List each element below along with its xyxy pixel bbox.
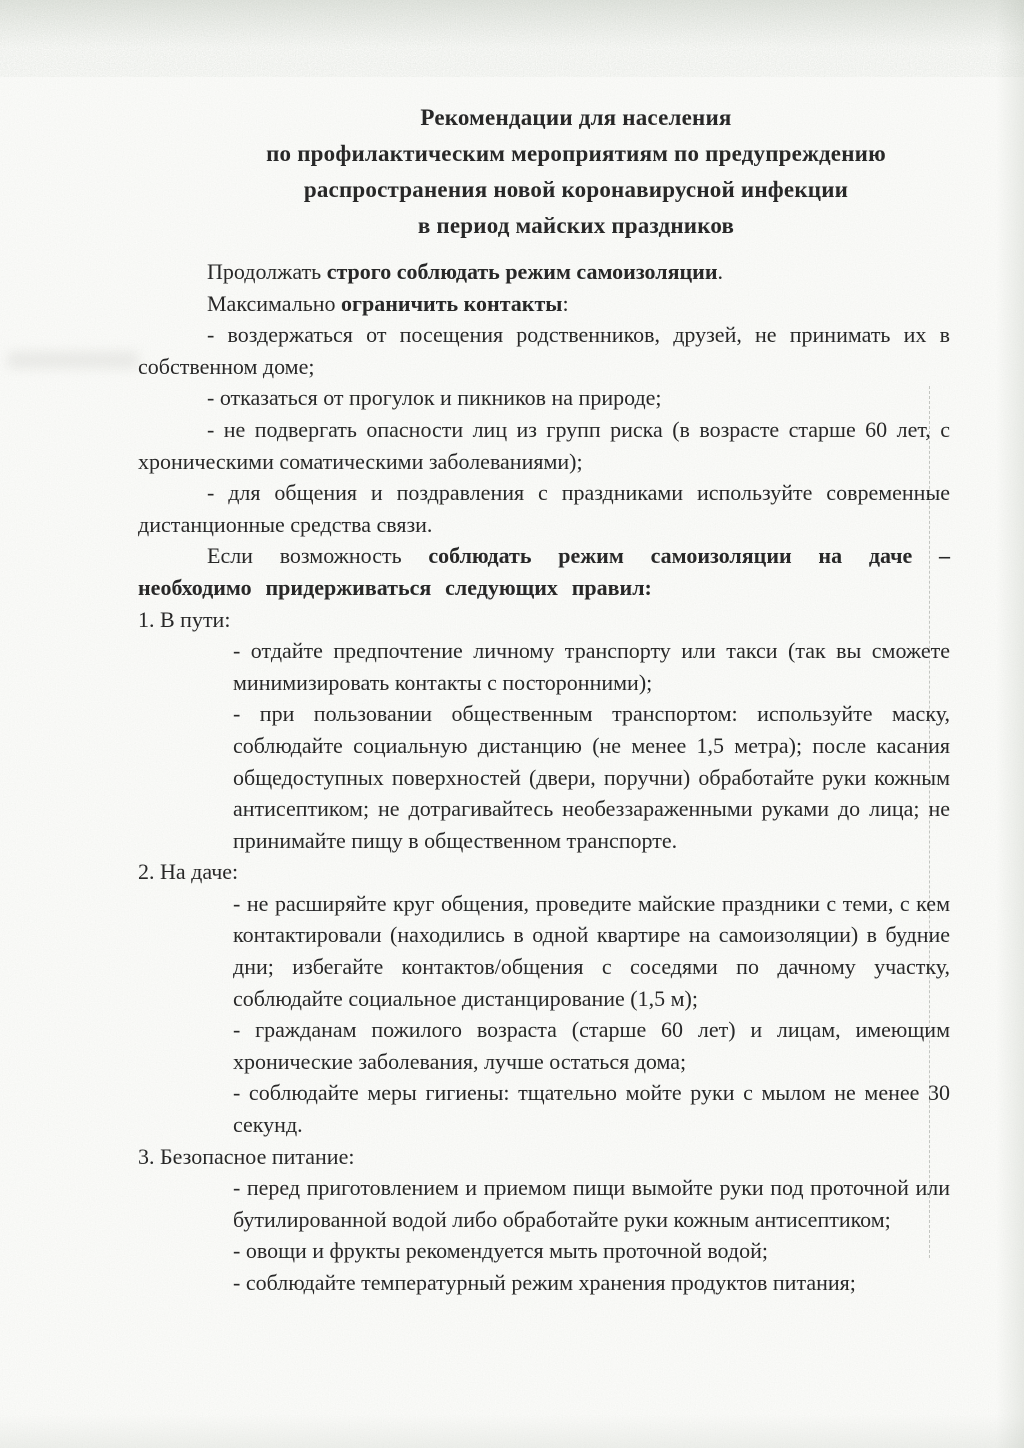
document-paragraph: - соблюдайте меры гигиены: тщательно мой… xyxy=(233,1077,950,1140)
document-paragraph: 2. На даче: xyxy=(138,856,950,888)
document-paragraph: Если возможность соблюдать режим самоизо… xyxy=(138,540,950,572)
scan-smudge xyxy=(8,352,138,368)
document-title: Рекомендации для населения по профилакти… xyxy=(166,100,986,244)
document-paragraph: - отказаться от прогулок и пикников на п… xyxy=(138,382,950,414)
title-line-3: распространения новой коронавирусной инф… xyxy=(166,172,986,208)
document-paragraph: - не подвергать опасности лиц из групп р… xyxy=(138,414,950,477)
document-paragraph: - перед приготовлением и приемом пищи вы… xyxy=(233,1172,950,1235)
document-paragraph: 3. Безопасное питание: xyxy=(138,1141,950,1173)
document-paragraph: - отдайте предпочтение личному транспорт… xyxy=(233,635,950,698)
title-line-2: по профилактическим мероприятиям по пред… xyxy=(166,136,986,172)
document-paragraph: - соблюдайте температурный режим хранени… xyxy=(233,1267,950,1299)
document-paragraph: - не расширяйте круг общения, проведите … xyxy=(233,888,950,1014)
document-paragraph: - овощи и фрукты рекомендуется мыть прот… xyxy=(233,1235,950,1267)
document-paragraph: Продолжать строго соблюдать режим самоиз… xyxy=(138,256,950,288)
scanned-document-page: Рекомендации для населения по профилакти… xyxy=(0,0,1024,1448)
scan-shadow-top xyxy=(0,0,1024,52)
document-paragraph: необходимо придерживаться следующих прав… xyxy=(138,572,950,604)
document-paragraph: - для общения и поздравления с праздника… xyxy=(138,477,950,540)
document-paragraph: - воздержаться от посещения родственнико… xyxy=(138,319,950,382)
scan-shadow-bottom xyxy=(0,1414,1024,1448)
title-line-1: Рекомендации для населения xyxy=(166,100,986,136)
document-paragraph: - при пользовании общественным транспорт… xyxy=(233,698,950,856)
document-paragraph: - гражданам пожилого возраста (старше 60… xyxy=(233,1014,950,1077)
scan-shadow-right xyxy=(996,0,1024,1448)
document-paragraph: 1. В пути: xyxy=(138,604,950,636)
document-body: Продолжать строго соблюдать режим самоиз… xyxy=(138,256,950,1299)
title-line-4: в период майских праздников xyxy=(166,208,986,244)
document-paragraph: Максимально ограничить контакты: xyxy=(138,288,950,320)
